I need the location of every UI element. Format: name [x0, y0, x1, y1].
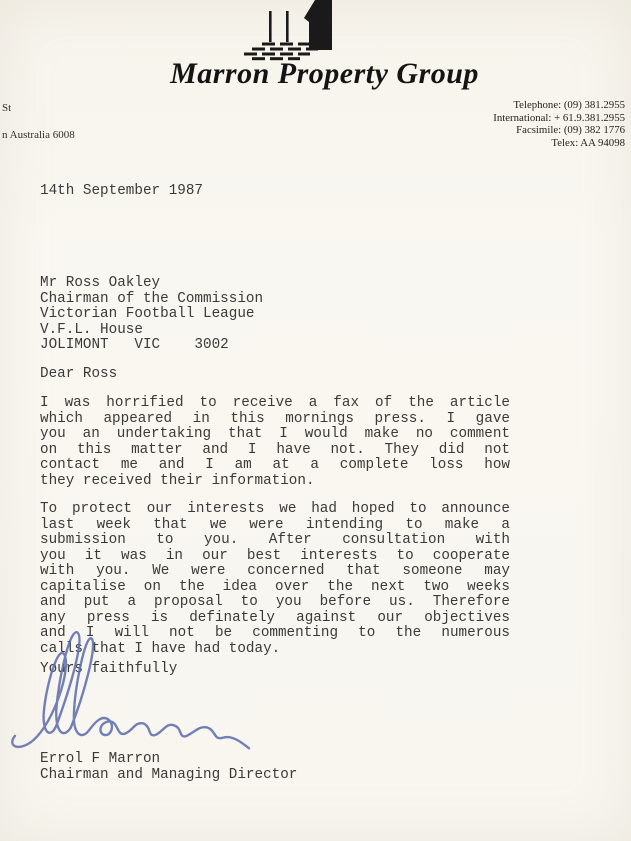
text-line: submission to you. After consultation wi…	[40, 533, 510, 549]
text-line: calls that I have had today.	[40, 642, 510, 658]
text-line: last week that we were intending to make…	[40, 518, 510, 534]
text-line: Chairman of the Commission	[40, 292, 263, 308]
salutation: Dear Ross	[40, 367, 117, 383]
text-line: Victorian Football League	[40, 307, 263, 323]
letterhead-address-fragment-line1: St	[2, 102, 11, 115]
text-line: on this matter and I have not. They did …	[40, 443, 510, 459]
text-line: and I will not be commenting to the nume…	[40, 626, 510, 642]
text-line: any press is definately against our obje…	[40, 611, 510, 627]
text-line: Telex: AA 94098	[493, 137, 625, 150]
text-line: you it was in our best interests to coop…	[40, 549, 510, 565]
closing-phrase: Yours faithfully	[40, 662, 177, 678]
body-paragraph-2: To protect our interests we had hoped to…	[40, 502, 510, 657]
text-line: International: + 61.9.381.2955	[493, 112, 625, 125]
text-line: they received their information.	[40, 474, 510, 490]
building-steps-logo-icon	[232, 0, 332, 62]
text-line: with you. We were concerned that someone…	[40, 564, 510, 580]
company-name: Marron Property Group	[0, 54, 631, 94]
letterhead-address-fragment-line2: n Australia 6008	[2, 129, 75, 142]
text-line: contact me and I am at a complete loss h…	[40, 458, 510, 474]
letterhead-contact-block: Telephone: (09) 381.2955International: +…	[493, 99, 625, 149]
recipient-address-block: Mr Ross OakleyChairman of the Commission…	[40, 276, 263, 354]
sender-block: Errol F MarronChairman and Managing Dire…	[40, 752, 297, 783]
text-line: you an undertaking that I would make no …	[40, 427, 510, 443]
text-line: Telephone: (09) 381.2955	[493, 99, 625, 112]
scanned-letter-page: Marron Property Group St n Australia 600…	[0, 0, 631, 841]
text-line: V.F.L. House	[40, 323, 263, 339]
text-line: JOLIMONT VIC 3002	[40, 338, 263, 354]
text-line: which appeared in this mornings press. I…	[40, 412, 510, 428]
text-line: I was horrified to receive a fax of the …	[40, 396, 510, 412]
text-line: capitalise on the idea over the next two…	[40, 580, 510, 596]
text-line: Facsimile: (09) 382 1776	[493, 124, 625, 137]
text-line: and put a proposal to you before us. The…	[40, 595, 510, 611]
text-line: To protect our interests we had hoped to…	[40, 502, 510, 518]
text-line: Errol F Marron	[40, 752, 297, 768]
letter-date: 14th September 1987	[40, 184, 203, 200]
text-line: Chairman and Managing Director	[40, 768, 297, 784]
body-paragraph-1: I was horrified to receive a fax of the …	[40, 396, 510, 489]
text-line: Mr Ross Oakley	[40, 276, 263, 292]
